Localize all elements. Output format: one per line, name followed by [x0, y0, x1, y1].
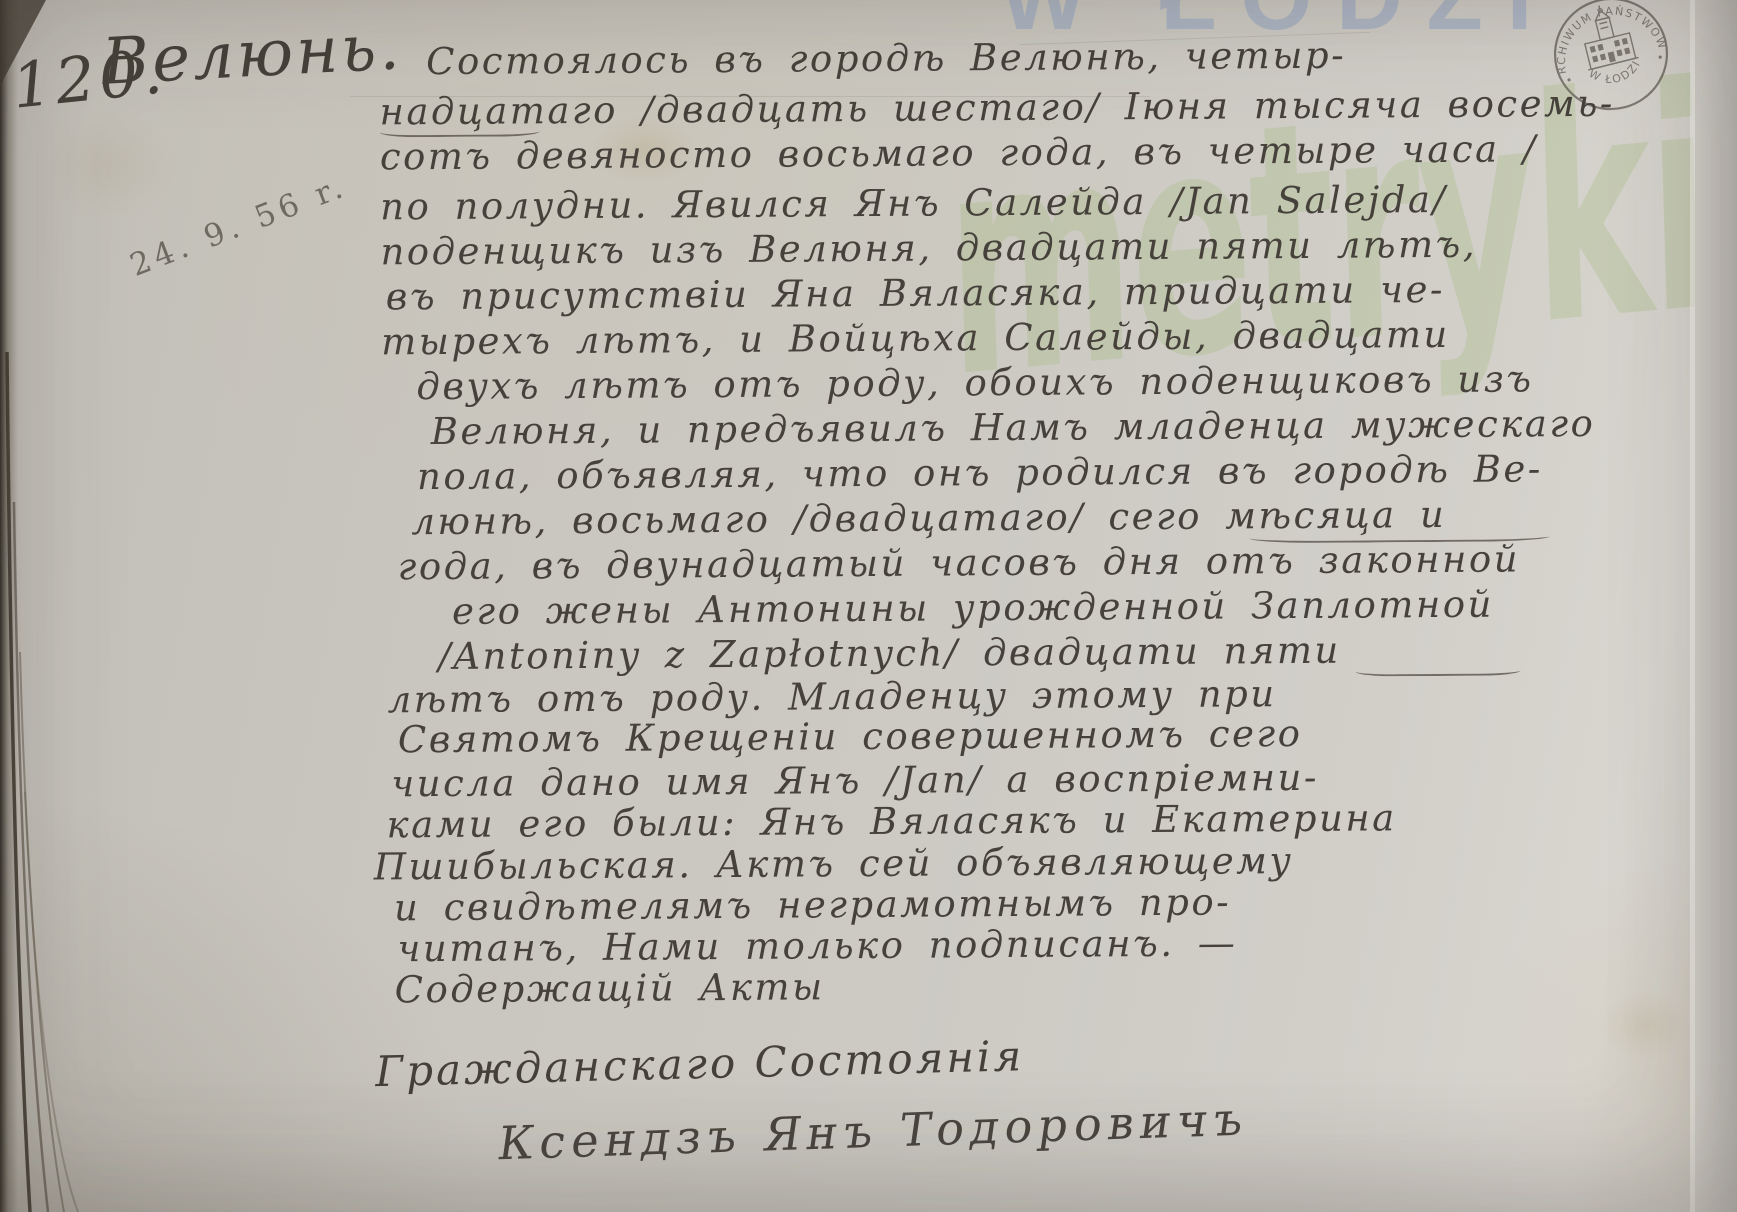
manuscript-line: /Antoniny z Zapłotnych/ двадцати пяти [438, 632, 1341, 675]
manuscript-line: ками его были: Янъ Вяласякъ и Екатерина [386, 799, 1397, 843]
manuscript-line: Святомъ Крещеніи совершенномъ сего [398, 715, 1303, 758]
manuscript-line: лѣтъ отъ роду. Младенцу этому при [388, 675, 1277, 718]
manuscript-line: двухъ лѣтъ отъ роду, обоихъ поденщиковъ … [416, 360, 1533, 405]
manuscript-line: Велюня, и предъявилъ Намъ младенца мужес… [431, 405, 1596, 450]
manuscript-line: и свидѣтелямъ неграмотнымъ про- [394, 883, 1231, 926]
manuscript-line: Содержащій Акты [395, 968, 825, 1008]
manuscript-line: надцатаго /двадцать шестаго/ Іюня тысяча… [379, 85, 1615, 131]
manuscript-line: читанъ, Нами только подписанъ. — [397, 924, 1237, 967]
manuscript-line: числа дано имя Янъ /Jan/ а воспріемни- [391, 759, 1319, 802]
archival-document-scan: W ŁODZI metryki.gene [0, 0, 1737, 1212]
manuscript-line: въ присутствіи Яна Вяласяка, тридцати че… [386, 271, 1445, 315]
priest-signature: Ксендзъ Янъ Тодоровичъ [494, 1092, 1253, 1171]
manuscript-line: поденщикъ изъ Велюня, двадцати пяти лѣтъ… [380, 226, 1477, 271]
manuscript-line: тырехъ лѣтъ, и Войцѣха Салейды, двадцати [381, 316, 1450, 360]
underline-flourish [380, 126, 540, 137]
manuscript-line: по полудни. Явился Янъ Салейда /Jan Sale… [380, 181, 1448, 225]
underline-flourish [1355, 665, 1520, 676]
closing-office-line: Гражданскаго Состоянія [375, 1031, 1025, 1096]
manuscript-line: года, въ двунадцатый часовъ дня отъ зако… [398, 540, 1521, 585]
manuscript-line: Пшибыльская. Актъ сей объявляющему [374, 842, 1294, 885]
manuscript-line: пола, объявляя, что онъ родился въ город… [417, 450, 1543, 495]
manuscript-body: Состоялось въ городѣ Велюнѣ, четыр- надц… [0, 0, 1737, 1212]
manuscript-line: его жены Антонины урожденной Заплотной [452, 586, 1494, 630]
manuscript-line: сотъ девяносто восьмаго года, въ четыре … [380, 130, 1538, 175]
manuscript-line: Состоялось въ городѣ Велюнѣ, четыр- [426, 37, 1346, 80]
